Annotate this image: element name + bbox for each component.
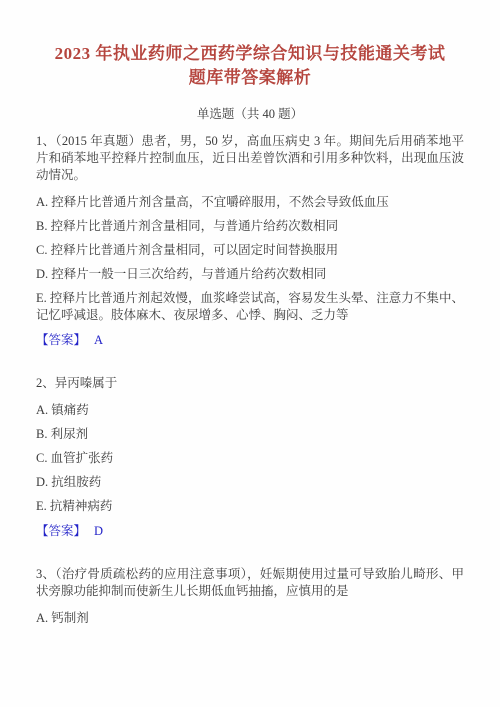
section-label: 单选题（共 40 题） (36, 106, 464, 123)
question-1-answer-line: 【答案】A (36, 332, 464, 349)
document-title-line2: 题库带答案解析 (36, 66, 464, 90)
question-1-option-e: E. 控释片比普通片剂起效慢，血浆峰尝试高，容易发生头晕、注意力不集中、记忆呼减… (36, 290, 464, 324)
question-2-option-b: B. 利尿剂 (36, 426, 464, 443)
question-3-text: 3、（治疗骨质疏松药的应用注意事项），妊娠期使用过量可导致胎儿畸形、甲状旁腺功能… (36, 566, 464, 600)
question-1-option-c: C. 控释片比普通片剂含量相同，可以固定时间替换服用 (36, 242, 464, 259)
question-1-text: 1、（2015 年真题）患者，男，50 岁，高血压病史 3 年。期间先后用硝苯地… (36, 133, 464, 184)
question-1-option-d: D. 控释片一般一日三次给药，与普通片给药次数相同 (36, 266, 464, 283)
answer-value: A (94, 333, 103, 347)
question-2-answer-line: 【答案】D (36, 523, 464, 540)
question-2-option-a: A. 镇痛药 (36, 402, 464, 419)
answer-value: D (94, 524, 103, 538)
answer-label: 【答案】 (36, 333, 86, 347)
question-2-option-c: C. 血管扩张药 (36, 450, 464, 467)
question-2-option-e: E. 抗精神病药 (36, 498, 464, 515)
question-1-option-b: B. 控释片比普通片剂含量相同，与普通片给药次数相同 (36, 218, 464, 235)
question-2: 2、异丙嗪属于 A. 镇痛药 B. 利尿剂 C. 血管扩张药 D. 抗组胺药 E… (36, 375, 464, 540)
question-1: 1、（2015 年真题）患者，男，50 岁，高血压病史 3 年。期间先后用硝苯地… (36, 133, 464, 349)
question-1-option-a: A. 控释片比普通片剂含量高，不宜嚼碎服用，不然会导致低血压 (36, 194, 464, 211)
question-3: 3、（治疗骨质疏松药的应用注意事项），妊娠期使用过量可导致胎儿畸形、甲状旁腺功能… (36, 566, 464, 627)
document-title: 2023 年执业药师之西药学综合知识与技能通关考试 题库带答案解析 (36, 42, 464, 90)
document-title-line1: 2023 年执业药师之西药学综合知识与技能通关考试 (36, 42, 464, 66)
answer-label: 【答案】 (36, 524, 86, 538)
question-2-text: 2、异丙嗪属于 (36, 375, 464, 392)
question-2-option-d: D. 抗组胺药 (36, 474, 464, 491)
question-3-option-a: A. 钙制剂 (36, 610, 464, 627)
document-page: 2023 年执业药师之西药学综合知识与技能通关考试 题库带答案解析 单选题（共 … (0, 0, 500, 707)
